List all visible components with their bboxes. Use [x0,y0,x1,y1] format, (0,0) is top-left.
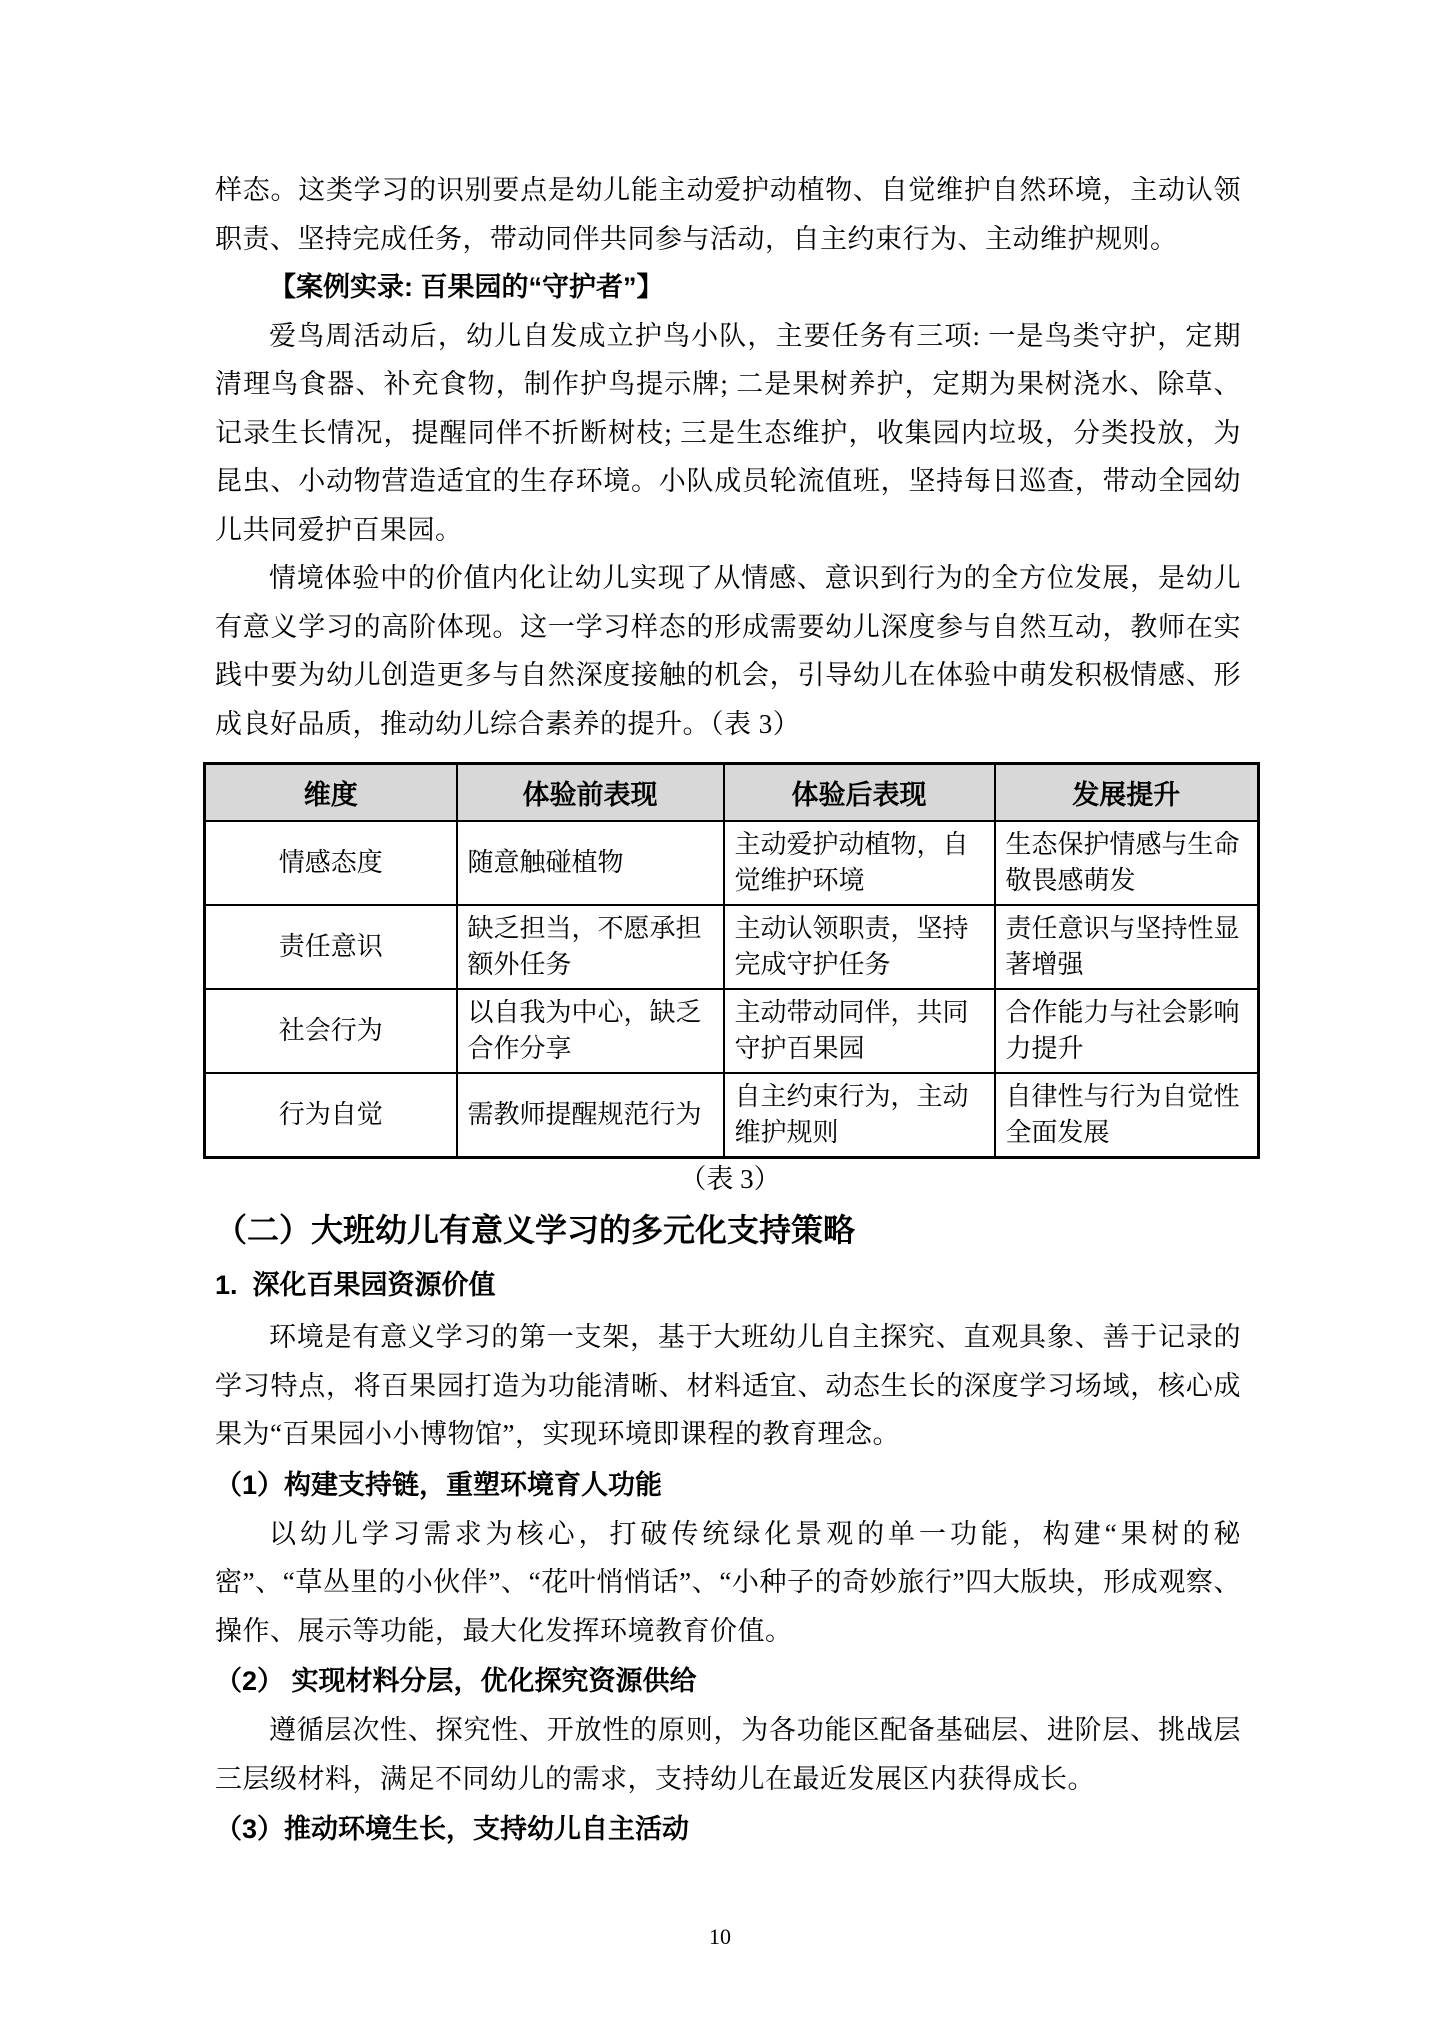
table-row: 情感态度 随意触碰植物 主动爱护动植物，自觉维护环境 生态保护情感与生命敬畏感萌… [205,821,1259,905]
table-row: 社会行为 以自我为中心，缺乏合作分享 主动带动同伴，共同守护百果园 合作能力与社… [205,989,1259,1073]
subpoint-heading-3: （3）推动环境生长，支持幼儿自主活动 [215,1804,1241,1854]
subpoint-heading-2: （2） 实现材料分层，优化探究资源供给 [215,1656,1241,1706]
table-row: 责任意识 缺乏担当，不愿承担额外任务 主动认领职责，坚持完成守护任务 责任意识与… [205,905,1259,989]
case-record-heading: 【案例实录: 百果园的“守护者”】 [215,263,1241,312]
case-paragraph: 爱鸟周活动后，幼儿自发成立护鸟小队，主要任务有三项: 一是鸟类守护，定期清理鸟食… [215,312,1241,555]
table-cell: 主动认领职责，坚持完成守护任务 [724,905,995,989]
table-row: 行为自觉 需教师提醒规范行为 自主约束行为，主动维护规则 自律性与行为自觉性全面… [205,1073,1259,1158]
table-header-dimension: 维度 [205,764,457,822]
table-cell: 需教师提醒规范行为 [457,1073,724,1158]
table-cell: 情感态度 [205,821,457,905]
paragraph-continuation: 样态。这类学习的识别要点是幼儿能主动爱护动植物、自觉维护自然环境，主动认领职责、… [215,166,1241,263]
table-cell: 以自我为中心，缺乏合作分享 [457,989,724,1073]
subsection-heading-1: 1. 深化百果园资源价值 [215,1260,1241,1310]
paragraph: 环境是有意义学习的第一支架，基于大班幼儿自主探究、直观具象、善于记录的学习特点，… [215,1313,1241,1459]
table-header-growth: 发展提升 [995,764,1259,822]
table-cell: 生态保护情感与生命敬畏感萌发 [995,821,1259,905]
summary-paragraph: 情境体验中的价值内化让幼儿实现了从情感、意识到行为的全方位发展，是幼儿有意义学习… [215,554,1241,748]
document-page: 样态。这类学习的识别要点是幼儿能主动爱护动植物、自觉维护自然环境，主动认领职责、… [0,0,1440,2036]
table-cell: 缺乏担当，不愿承担额外任务 [457,905,724,989]
table-cell: 责任意识与坚持性显著增强 [995,905,1259,989]
subpoint-heading-1: （1）构建支持链，重塑环境育人功能 [215,1460,1241,1510]
table-cell: 合作能力与社会影响力提升 [995,989,1259,1073]
table-cell: 社会行为 [205,989,457,1073]
page-content: 样态。这类学习的识别要点是幼儿能主动爱护动植物、自觉维护自然环境，主动认领职责、… [215,166,1241,1854]
table-cell: 行为自觉 [205,1073,457,1158]
table-cell: 自律性与行为自觉性全面发展 [995,1073,1259,1158]
paragraph: 遵循层次性、探究性、开放性的原则，为各功能区配备基础层、进阶层、挑战层三层级材料… [215,1706,1241,1803]
development-table: 维度 体验前表现 体验后表现 发展提升 情感态度 随意触碰植物 主动爱护动植物，… [203,762,1260,1159]
table-header-after: 体验后表现 [724,764,995,822]
table-cell: 责任意识 [205,905,457,989]
table-header-before: 体验前表现 [457,764,724,822]
section-heading: （二）大班幼儿有意义学习的多元化支持策略 [215,1205,1241,1255]
paragraph: 以幼儿学习需求为核心，打破传统绿化景观的单一功能，构建“果树的秘密”、“草丛里的… [215,1510,1241,1656]
page-number: 10 [0,1920,1440,1954]
table-cell: 主动爱护动植物，自觉维护环境 [724,821,995,905]
table-cell: 随意触碰植物 [457,821,724,905]
table-cell: 自主约束行为，主动维护规则 [724,1073,995,1158]
table-cell: 主动带动同伴，共同守护百果园 [724,989,995,1073]
table-caption: （表 3） [203,1159,1257,1199]
table-header-row: 维度 体验前表现 体验后表现 发展提升 [205,764,1259,822]
